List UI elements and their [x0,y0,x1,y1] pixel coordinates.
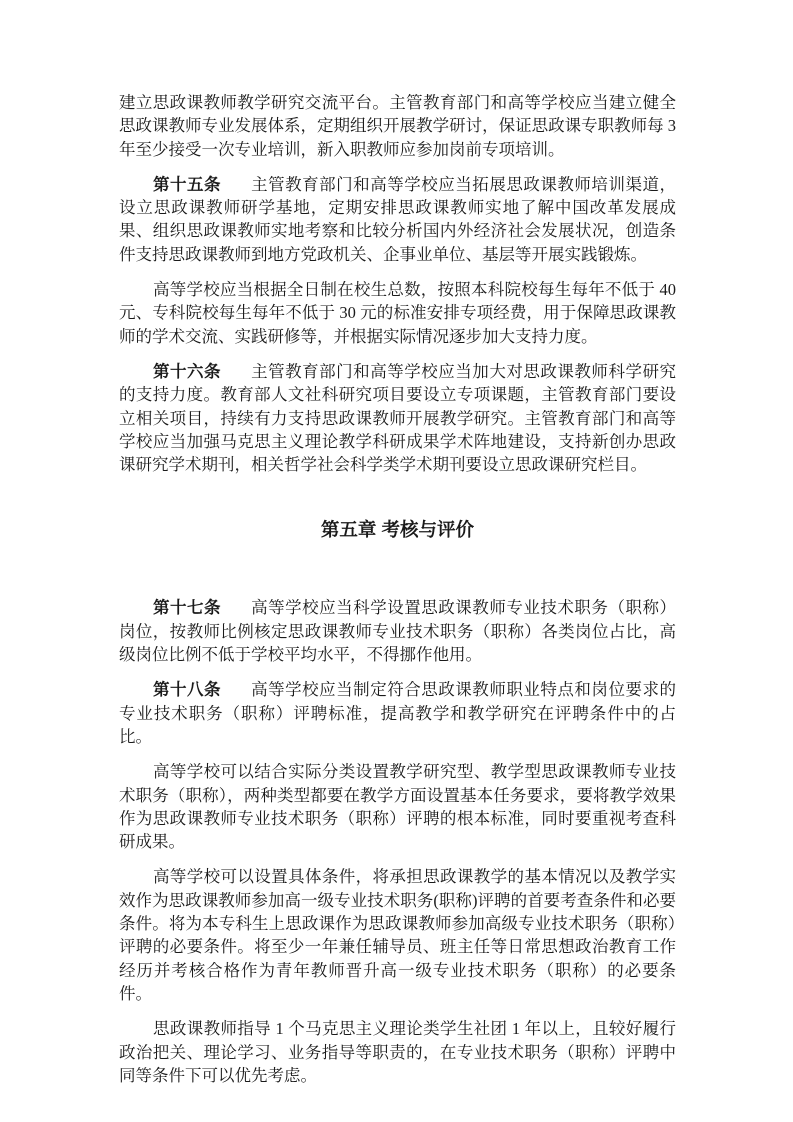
document-page: 建立思政课教师教学研究交流平台。主管教育部门和高等学校应当建立健全思政课教师专业… [0,0,793,1122]
paragraph-article-17: 第十七条高等学校应当科学设置思政课教师专业技术职务（职称）岗位，按教师比例核定思… [119,596,676,666]
paragraph-text: 高等学校应当根据全日制在校生总数，按照本科院校每生每年不低于 40 元、专科院校… [119,280,676,346]
article-number-15: 第十五条 [153,175,221,194]
paragraph-continuation: 建立思政课教师教学研究交流平台。主管教育部门和高等学校应当建立健全思政课教师专业… [119,91,676,161]
paragraph-classification: 高等学校可以结合实际分类设置教学研究型、教学型思政课教师专业技术职务（职称），两… [119,760,676,853]
paragraph-article-15: 第十五条主管教育部门和高等学校应当拓展思政课教师培训渠道，设立思政课教师研学基地… [119,173,676,266]
paragraph-funding: 高等学校应当根据全日制在校生总数，按照本科院校每生每年不低于 40 元、专科院校… [119,278,676,348]
paragraph-promotion-conditions: 高等学校可以设置具体条件，将承担思政课教学的基本情况以及教学实效作为思政课教师参… [119,865,676,1005]
paragraph-student-society: 思政课教师指导 1 个马克思主义理论类学生社团 1 年以上，且较好履行政治把关、… [119,1017,676,1087]
paragraph-article-16: 第十六条主管教育部门和高等学校应当加大对思政课教师科学研究的支持力度。教育部人文… [119,360,676,476]
paragraph-text: 高等学校可以结合实际分类设置教学研究型、教学型思政课教师专业技术职务（职称），两… [119,762,676,851]
paragraph-article-18: 第十八条高等学校应当制定符合思政课教师职业特点和岗位要求的专业技术职务（职称）评… [119,678,676,748]
article-number-16: 第十六条 [153,362,221,381]
paragraph-text: 高等学校可以设置具体条件，将承担思政课教学的基本情况以及教学实效作为思政课教师参… [119,867,676,1002]
paragraph-text: 建立思政课教师教学研究交流平台。主管教育部门和高等学校应当建立健全思政课教师专业… [119,93,676,159]
article-number-17: 第十七条 [153,598,221,617]
article-number-18: 第十八条 [153,680,221,699]
chapter-heading: 第五章 考核与评价 [119,516,676,543]
document-body: 建立思政课教师教学研究交流平台。主管教育部门和高等学校应当建立健全思政课教师专业… [119,91,676,1087]
paragraph-text: 思政课教师指导 1 个马克思主义理论类学生社团 1 年以上，且较好履行政治把关、… [119,1019,676,1085]
